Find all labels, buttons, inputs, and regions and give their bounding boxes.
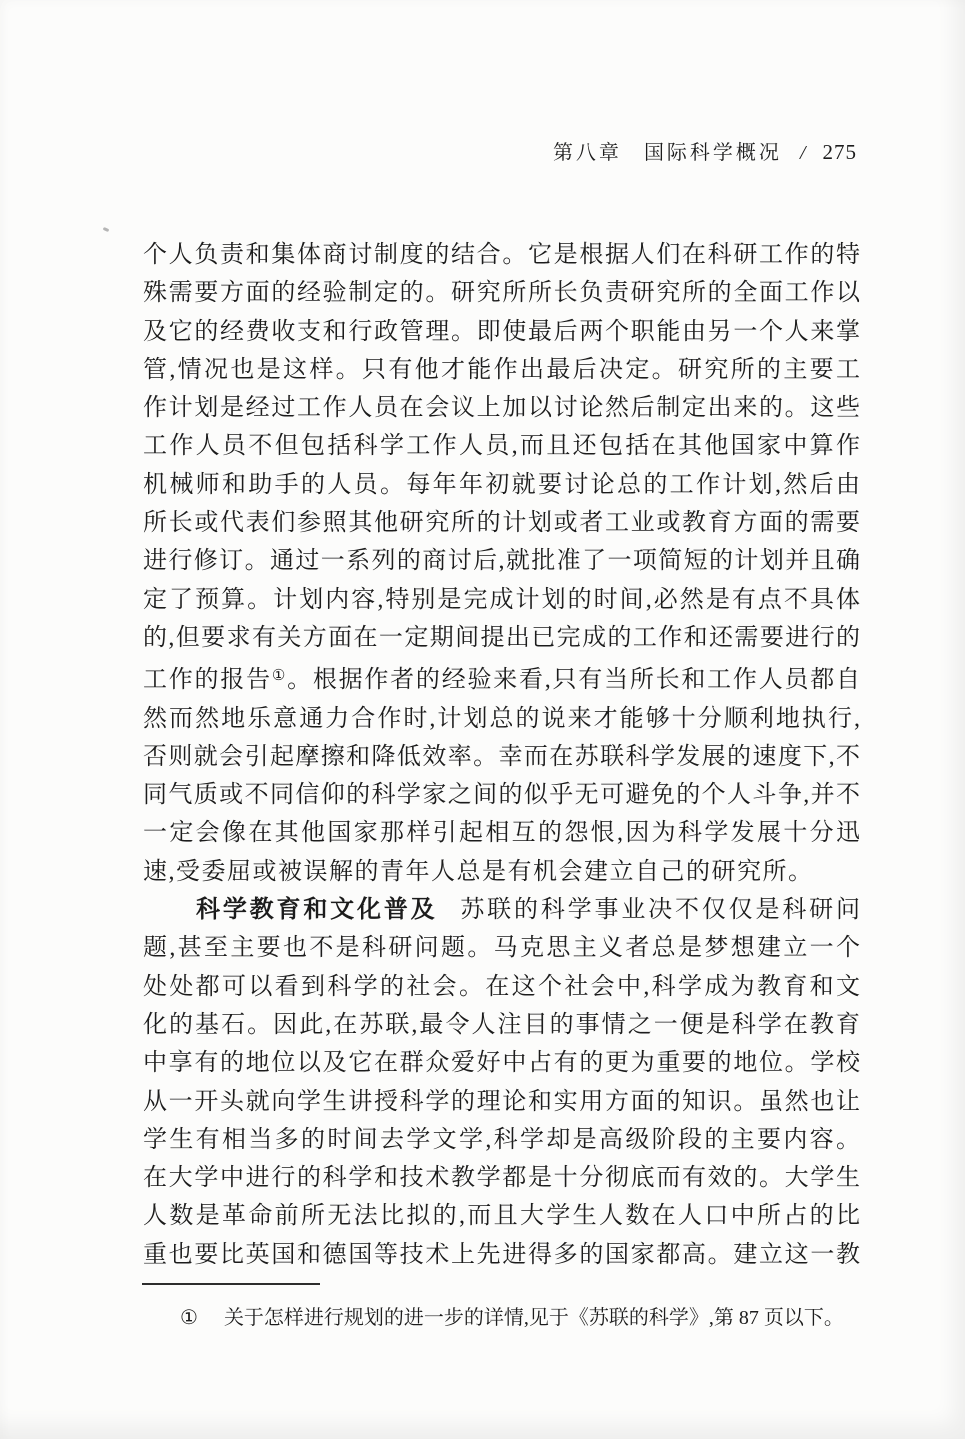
text-line: 殊需要方面的经验制定的。研究所所长负责研究所的全面工作以 bbox=[143, 274, 860, 312]
text-line: 工作的报告①。根据作者的经验来看,只有当所长和工作人员都自 bbox=[143, 657, 860, 699]
text-line: 中享有的地位以及它在群众爱好中占有的更为重要的地位。学校 bbox=[143, 1044, 860, 1082]
text-run: 苏联的科学事业决不仅仅是科研问 bbox=[460, 897, 860, 923]
text-run: 在大学中进行的科学和技术教学都是十分彻底而有效的。大学生 bbox=[143, 1165, 860, 1191]
text-line: 个人负责和集体商讨制度的结合。它是根据人们在科研工作的特 bbox=[143, 236, 860, 274]
text-line: 管,情况也是这样。只有他才能作出最后决定。研究所的主要工 bbox=[143, 351, 860, 389]
chapter-label: 第八章 bbox=[553, 142, 622, 164]
text-run: 同气质或不同信仰的科学家之间的似乎无可避免的个人斗争,并不 bbox=[143, 782, 860, 808]
text-run: 重也要比英国和德国等技术上先进得多的国家都高。建立这一教 bbox=[143, 1242, 860, 1268]
text-line: 定了预算。计划内容,特别是完成计划的时间,必然是有点不具体 bbox=[143, 581, 860, 619]
running-header: 第八章国际科学概况/275 bbox=[553, 136, 857, 165]
header-separator: / bbox=[800, 142, 809, 164]
text-run: 管,情况也是这样。只有他才能作出最后决定。研究所的主要工 bbox=[143, 357, 860, 383]
text-run: 一定会像在其他国家那样引起相互的怨恨,因为科学发展十分迅 bbox=[143, 820, 860, 846]
text-line: 作计划是经过工作人员在会议上加以讨论然后制定出来的。这些 bbox=[143, 389, 860, 427]
text-line: 一定会像在其他国家那样引起相互的怨恨,因为科学发展十分迅 bbox=[143, 814, 860, 852]
text-line: 人数是革命前所无法比拟的,而且大学生人数在人口中所占的比 bbox=[143, 1197, 860, 1235]
text-run: 化的基石。因此,在苏联,最令人注目的事情之一便是科学在教育 bbox=[143, 1012, 860, 1038]
text-line: 化的基石。因此,在苏联,最令人注目的事情之一便是科学在教育 bbox=[143, 1006, 860, 1044]
text-run: 中享有的地位以及它在群众爱好中占有的更为重要的地位。学校 bbox=[143, 1050, 860, 1076]
text-run: 人数是革命前所无法比拟的,而且大学生人数在人口中所占的比 bbox=[143, 1203, 860, 1229]
text-line: 重也要比英国和德国等技术上先进得多的国家都高。建立这一教 bbox=[143, 1236, 860, 1274]
text-run: 然而然地乐意通力合作时,计划总的说来才能够十分顺利地执行, bbox=[143, 706, 860, 732]
text-run: 速,受委屈或被误解的青年人总是有机会建立自己的研究所。 bbox=[143, 859, 814, 885]
footnote-ref-marker: ① bbox=[272, 668, 287, 684]
text-run: 及它的经费收支和行政管理。即使最后两个职能由另一个人来掌 bbox=[143, 319, 860, 345]
text-line: 处处都可以看到科学的社会。在这个社会中,科学成为教育和文 bbox=[143, 968, 860, 1006]
text-run: 工作人员不但包括科学工作人员,而且还包括在其他国家中算作 bbox=[143, 433, 860, 459]
page-number: 275 bbox=[823, 140, 858, 164]
text-run: 殊需要方面的经验制定的。研究所所长负责研究所的全面工作以 bbox=[143, 280, 860, 306]
text-run: 工作的报告 bbox=[143, 667, 272, 693]
text-line: 的,但要求有关方面在一定期间提出已完成的工作和还需要进行的 bbox=[143, 619, 860, 657]
text-line: 同气质或不同信仰的科学家之间的似乎无可避免的个人斗争,并不 bbox=[143, 776, 860, 814]
text-line: 及它的经费收支和行政管理。即使最后两个职能由另一个人来掌 bbox=[143, 313, 860, 351]
text-line: 科学教育和文化普及苏联的科学事业决不仅仅是科研问 bbox=[143, 891, 860, 929]
text-line: 题,甚至主要也不是科研问题。马克思主义者总是梦想建立一个 bbox=[143, 929, 860, 967]
text-run: 所长或代表们参照其他研究所的计划或者工业或教育方面的需要 bbox=[143, 510, 860, 536]
text-run: 处处都可以看到科学的社会。在这个社会中,科学成为教育和文 bbox=[143, 974, 860, 1000]
text-run: 否则就会引起摩擦和降低效率。幸而在苏联科学发展的速度下,不 bbox=[143, 744, 860, 770]
text-run: 作计划是经过工作人员在会议上加以讨论然后制定出来的。这些 bbox=[143, 395, 860, 421]
text-line: 机械师和助手的人员。每年年初就要讨论总的工作计划,然后由 bbox=[143, 466, 860, 504]
text-line: 从一开头就向学生讲授科学的理论和实用方面的知识。虽然也让 bbox=[143, 1083, 860, 1121]
text-run: 题,甚至主要也不是科研问题。马克思主义者总是梦想建立一个 bbox=[143, 935, 860, 961]
text-run: 机械师和助手的人员。每年年初就要讨论总的工作计划,然后由 bbox=[143, 472, 860, 498]
footnote-text: 关于怎样进行规划的进一步的详情,见于《苏联的科学》,第 87 页以下。 bbox=[224, 1307, 844, 1329]
text-run: 学生有相当多的时间去学文学,科学却是高级阶段的主要内容。 bbox=[143, 1127, 860, 1153]
text-line: 所长或代表们参照其他研究所的计划或者工业或教育方面的需要 bbox=[143, 504, 860, 542]
text-line: 否则就会引起摩擦和降低效率。幸而在苏联科学发展的速度下,不 bbox=[143, 738, 860, 776]
body-text: 个人负责和集体商讨制度的结合。它是根据人们在科研工作的特殊需要方面的经验制定的。… bbox=[143, 236, 860, 1274]
text-run: 个人负责和集体商讨制度的结合。它是根据人们在科研工作的特 bbox=[143, 242, 860, 268]
text-line: 速,受委屈或被误解的青年人总是有机会建立自己的研究所。 bbox=[143, 853, 860, 891]
text-run: 。根据作者的经验来看,只有当所长和工作人员都自 bbox=[287, 667, 860, 693]
footnote-marker: ① bbox=[180, 1307, 198, 1329]
scan-artifact-dot bbox=[103, 227, 110, 232]
text-line: 进行修订。通过一系列的商讨后,就批准了一项简短的计划并且确 bbox=[143, 542, 860, 580]
text-run: 从一开头就向学生讲授科学的理论和实用方面的知识。虽然也让 bbox=[143, 1089, 860, 1115]
text-line: 工作人员不但包括科学工作人员,而且还包括在其他国家中算作 bbox=[143, 427, 860, 465]
book-page: 第八章国际科学概况/275 个人负责和集体商讨制度的结合。它是根据人们在科研工作… bbox=[0, 0, 965, 1439]
text-line: 在大学中进行的科学和技术教学都是十分彻底而有效的。大学生 bbox=[143, 1159, 860, 1197]
footnote: ①关于怎样进行规划的进一步的详情,见于《苏联的科学》,第 87 页以下。 bbox=[143, 1303, 920, 1333]
text-run: 的,但要求有关方面在一定期间提出已完成的工作和还需要进行的 bbox=[143, 625, 860, 651]
section-title: 国际科学概况 bbox=[644, 142, 782, 164]
text-run: 进行修订。通过一系列的商讨后,就批准了一项简短的计划并且确 bbox=[143, 548, 860, 574]
text-run: 定了预算。计划内容,特别是完成计划的时间,必然是有点不具体 bbox=[143, 587, 860, 613]
text-line: 然而然地乐意通力合作时,计划总的说来才能够十分顺利地执行, bbox=[143, 700, 860, 738]
text-line: 学生有相当多的时间去学文学,科学却是高级阶段的主要内容。 bbox=[143, 1121, 860, 1159]
footnote-divider bbox=[142, 1283, 320, 1285]
inline-section-heading: 科学教育和文化普及 bbox=[196, 897, 438, 923]
